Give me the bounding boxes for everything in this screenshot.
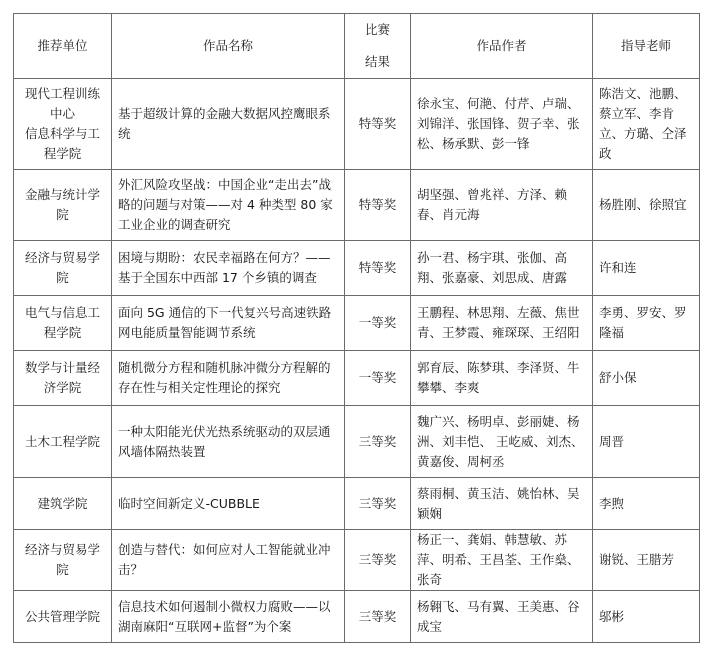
cell-authors: 蔡雨桐、黄玉洁、姚怡林、吴颖娴 — [411, 478, 593, 530]
cell-title: 外汇风险攻坚战：中国企业“走出去”战略的问题与对策——对 4 种类型 80 家工… — [112, 170, 345, 241]
cell-advisors: 舒小保 — [593, 351, 700, 406]
header-result-line2: 结果 — [351, 46, 404, 78]
cell-unit: 建筑学院 — [14, 478, 112, 530]
cell-title: 随机微分方程和随机脉冲微分方程解的存在性与相关定性理论的探究 — [112, 351, 345, 406]
table-row: 公共管理学院 信息技术如何遏制小微权力腐败——以湖南麻阳“互联网+监督”为个案 … — [14, 591, 700, 643]
cell-authors: 王鹏程、林思翔、左薇、焦世青、王梦霞、雍琛琛、王绍阳 — [411, 296, 593, 351]
table-row: 现代工程训练中心信息科学与工程学院 基于超级计算的金融大数据风控鹰眼系统 特等奖… — [14, 79, 700, 170]
cell-advisors: 周晋 — [593, 406, 700, 478]
cell-advisors: 邬彬 — [593, 591, 700, 643]
cell-title: 信息技术如何遏制小微权力腐败——以湖南麻阳“互联网+监督”为个案 — [112, 591, 345, 643]
cell-advisors: 李勇、罗安、罗隆福 — [593, 296, 700, 351]
header-result-line1: 比赛 — [351, 14, 404, 46]
cell-advisors: 谢锐、王腊芳 — [593, 530, 700, 591]
cell-authors: 魏广兴、杨明卓、彭丽婕、杨洲、刘丰恺、 王屹威、刘杰、黄嘉俊、周柯丞 — [411, 406, 593, 478]
cell-title: 面向 5G 通信的下一代复兴号高速铁路网电能质量智能调节系统 — [112, 296, 345, 351]
cell-result: 一等奖 — [345, 296, 411, 351]
cell-authors: 杨翱飞、马有翼、王美惠、谷成宝 — [411, 591, 593, 643]
cell-unit: 土木工程学院 — [14, 406, 112, 478]
cell-authors: 杨正一、龚娟、韩慧敏、苏萍、明希、王昌荃、王作燊、张奇 — [411, 530, 593, 591]
cell-advisors: 许和连 — [593, 241, 700, 296]
cell-result: 三等奖 — [345, 530, 411, 591]
cell-unit: 经济与贸易学院 — [14, 241, 112, 296]
cell-authors: 孙一君、杨宇琪、张伽、高翔、张嘉豪、刘思成、唐露 — [411, 241, 593, 296]
table-row: 金融与统计学院 外汇风险攻坚战：中国企业“走出去”战略的问题与对策——对 4 种… — [14, 170, 700, 241]
table-row: 电气与信息工程学院 面向 5G 通信的下一代复兴号高速铁路网电能质量智能调节系统… — [14, 296, 700, 351]
cell-authors: 徐永宝、何滟、付芹、卢瑞、刘锦洋、张国锋、贺子幸、张松、杨承默、彭一锋 — [411, 79, 593, 170]
awards-table: 推荐单位 作品名称 比赛 结果 作品作者 指导老师 现代工程训练中心信息科学与工… — [13, 13, 700, 643]
cell-title: 创造与替代：如何应对人工智能就业冲击？ — [112, 530, 345, 591]
cell-title: 基于超级计算的金融大数据风控鹰眼系统 — [112, 79, 345, 170]
header-result: 比赛 结果 — [345, 14, 411, 79]
cell-advisors: 李煦 — [593, 478, 700, 530]
header-row: 推荐单位 作品名称 比赛 结果 作品作者 指导老师 — [14, 14, 700, 79]
cell-result: 三等奖 — [345, 591, 411, 643]
cell-unit: 公共管理学院 — [14, 591, 112, 643]
cell-result: 特等奖 — [345, 241, 411, 296]
table-row: 建筑学院 临时空间新定义-CUBBLE 三等奖 蔡雨桐、黄玉洁、姚怡林、吴颖娴 … — [14, 478, 700, 530]
cell-title: 困境与期盼：农民幸福路在何方？——基于全国东中西部 17 个乡镇的调查 — [112, 241, 345, 296]
header-title: 作品名称 — [112, 14, 345, 79]
table-row: 土木工程学院 一种太阳能光伏光热系统驱动的双层通风墙体隔热装置 三等奖 魏广兴、… — [14, 406, 700, 478]
header-authors: 作品作者 — [411, 14, 593, 79]
cell-result: 特等奖 — [345, 170, 411, 241]
table-row: 经济与贸易学院 创造与替代：如何应对人工智能就业冲击？ 三等奖 杨正一、龚娟、韩… — [14, 530, 700, 591]
cell-advisors: 陈浩文、池鹏、蔡立军、李肯立、方璐、仝泽政 — [593, 79, 700, 170]
header-advisors: 指导老师 — [593, 14, 700, 79]
cell-unit: 数学与计量经济学院 — [14, 351, 112, 406]
cell-result: 三等奖 — [345, 406, 411, 478]
cell-authors: 郭育辰、陈梦琪、李泽贤、牛攀攀、李爽 — [411, 351, 593, 406]
cell-advisors: 杨胜刚、徐照宜 — [593, 170, 700, 241]
table-row: 经济与贸易学院 困境与期盼：农民幸福路在何方？——基于全国东中西部 17 个乡镇… — [14, 241, 700, 296]
cell-unit: 经济与贸易学院 — [14, 530, 112, 591]
cell-unit: 现代工程训练中心信息科学与工程学院 — [14, 79, 112, 170]
cell-authors: 胡坚强、曾兆祥、方泽、赖春、肖元海 — [411, 170, 593, 241]
cell-unit: 金融与统计学院 — [14, 170, 112, 241]
header-unit: 推荐单位 — [14, 14, 112, 79]
cell-result: 特等奖 — [345, 79, 411, 170]
cell-result: 三等奖 — [345, 478, 411, 530]
cell-unit: 电气与信息工程学院 — [14, 296, 112, 351]
cell-title: 临时空间新定义-CUBBLE — [112, 478, 345, 530]
cell-result: 一等奖 — [345, 351, 411, 406]
table-row: 数学与计量经济学院 随机微分方程和随机脉冲微分方程解的存在性与相关定性理论的探究… — [14, 351, 700, 406]
cell-title: 一种太阳能光伏光热系统驱动的双层通风墙体隔热装置 — [112, 406, 345, 478]
